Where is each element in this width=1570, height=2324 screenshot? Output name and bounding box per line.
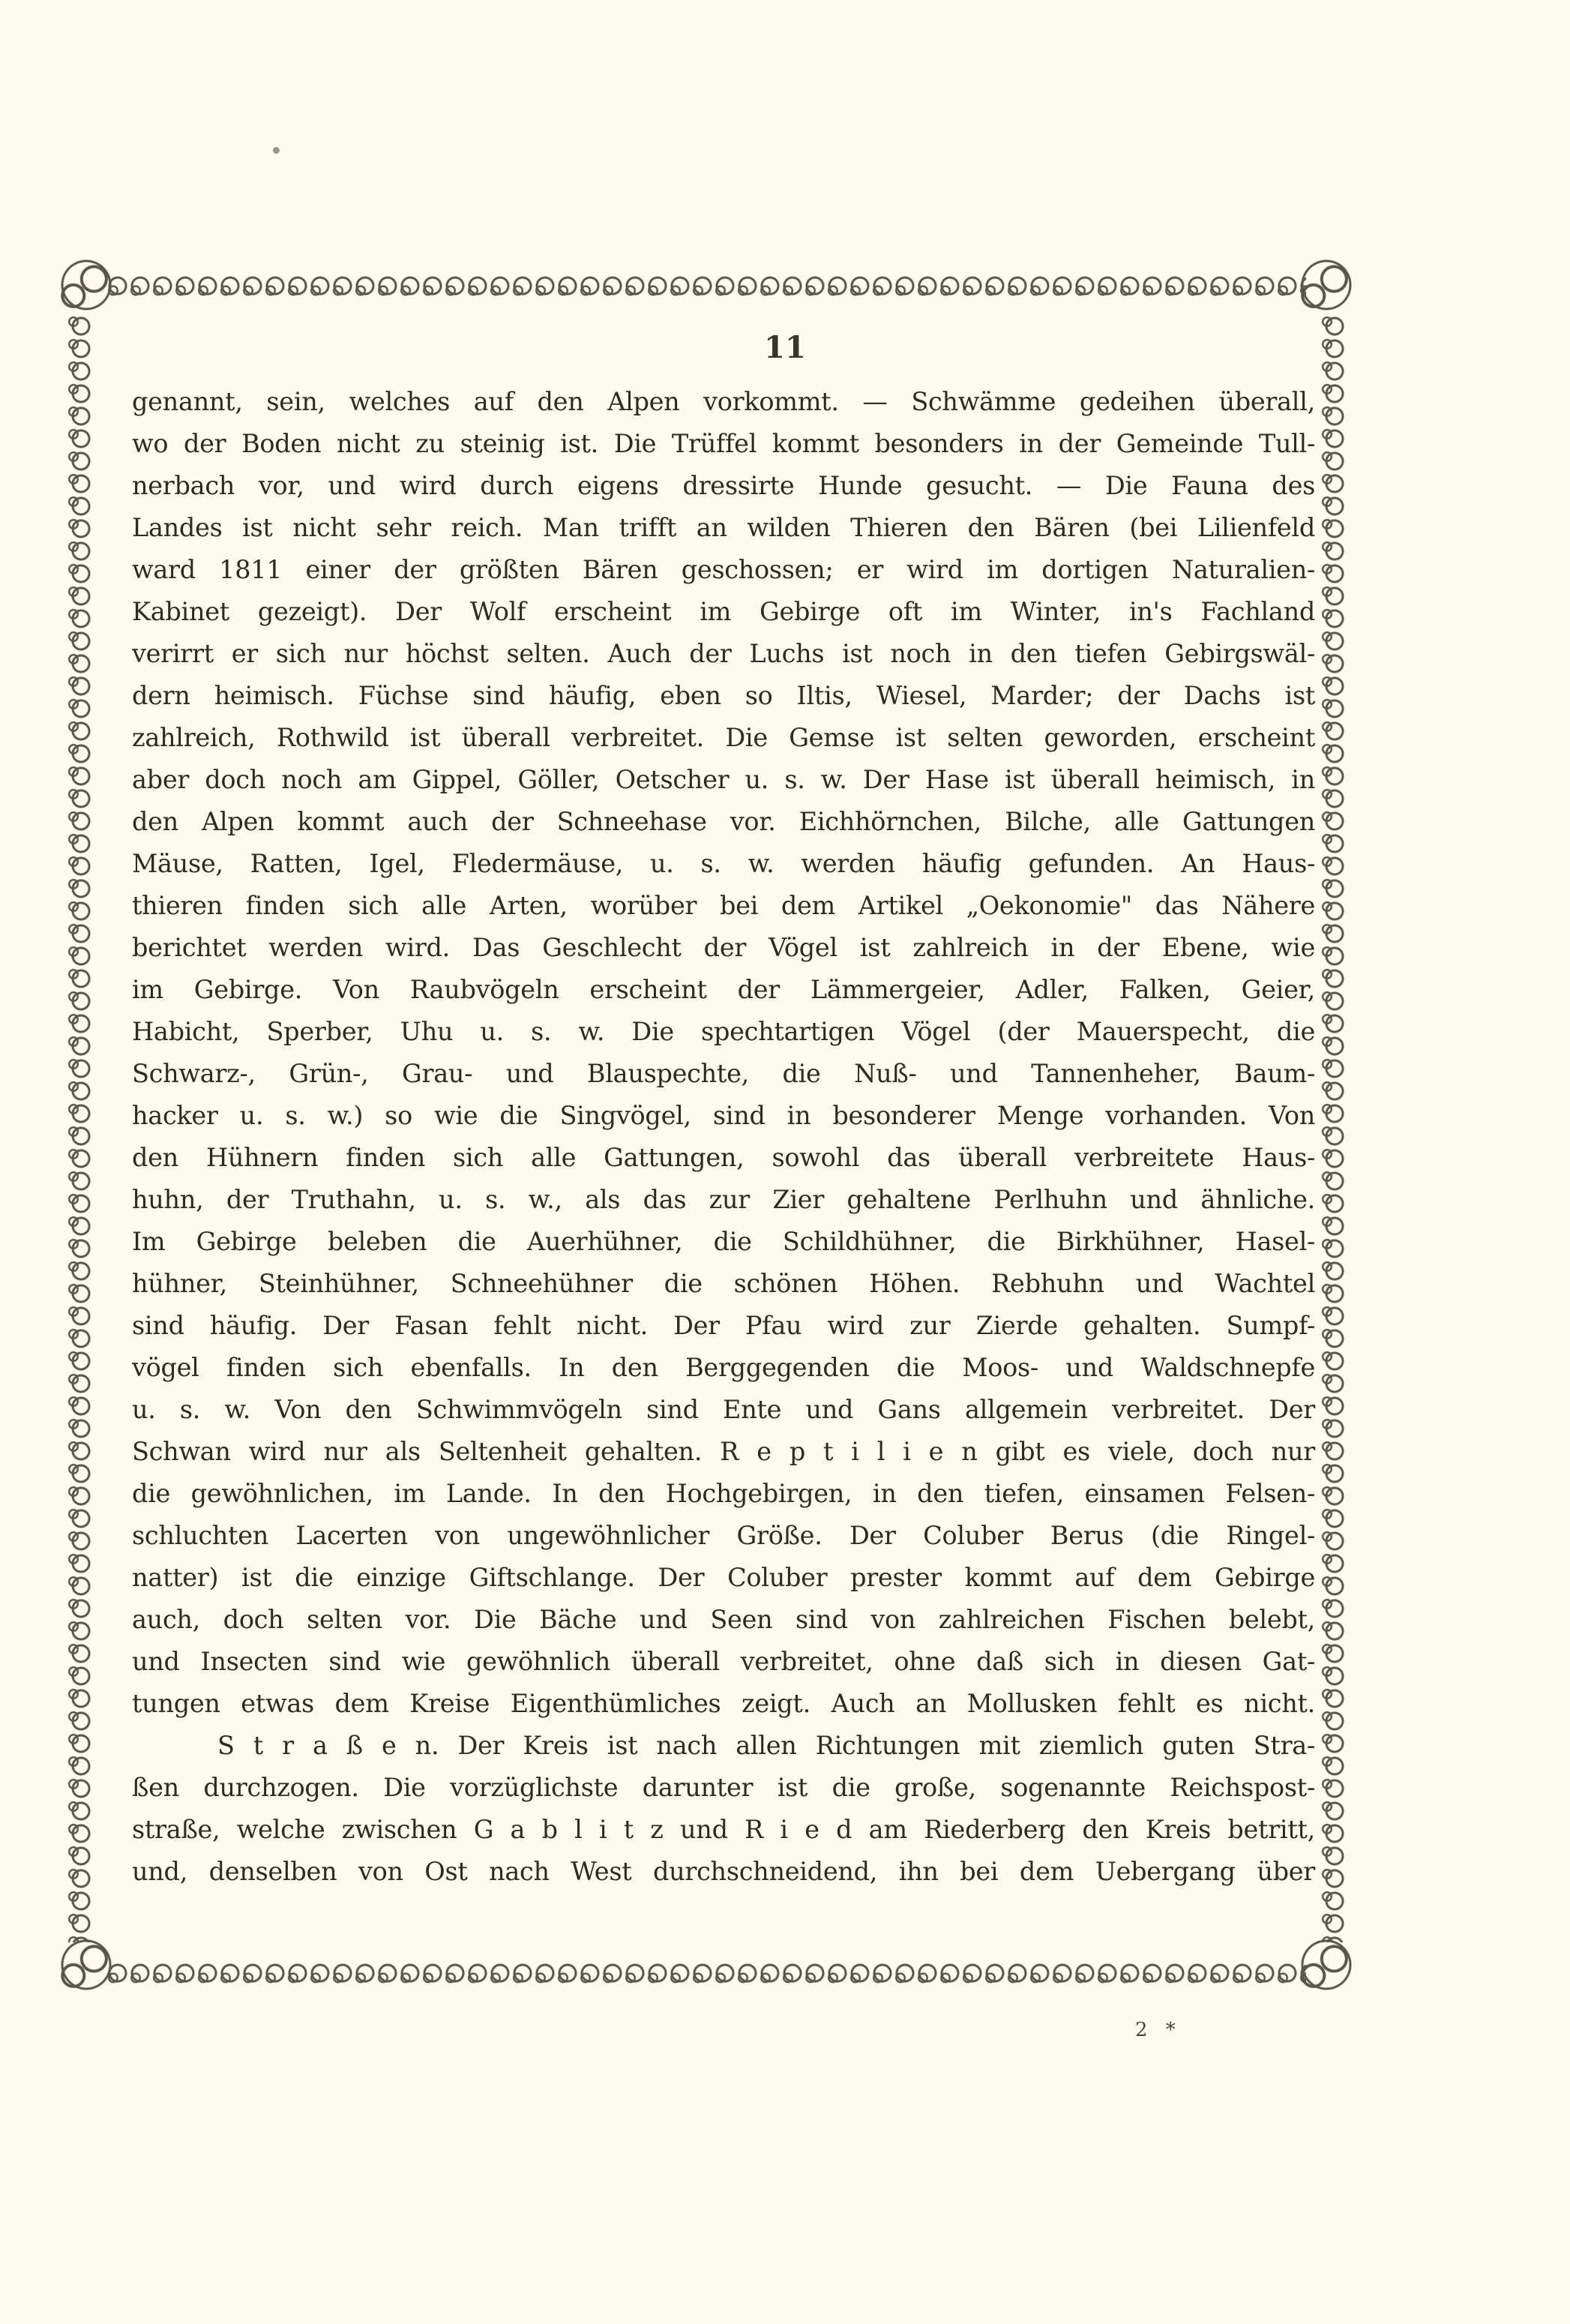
text-line: sind häufig. Der Fasan fehlt nicht. Der …: [132, 1305, 1315, 1347]
text-line: straße, welche zwischen G a b l i t z un…: [132, 1809, 1315, 1851]
text-line: hacker u. s. w.) so wie die Singvögel, s…: [132, 1095, 1315, 1137]
text-line: zahlreich, Rothwild ist überall verbreit…: [132, 717, 1315, 759]
text-line: Schwan wird nur als Seltenheit gehalten.…: [132, 1431, 1315, 1473]
signature-mark: 2 *: [1135, 2019, 1182, 2041]
text-line: vögel finden sich ebenfalls. In den Berg…: [132, 1347, 1315, 1389]
text-line: im Gebirge. Von Raubvögeln erscheint der…: [132, 969, 1315, 1011]
border-top: [106, 268, 1306, 300]
text-line: schluchten Lacerten von ungewöhnlicher G…: [132, 1515, 1315, 1557]
border-right: [1318, 315, 1348, 1942]
text-line: Habicht, Sperber, Uhu u. s. w. Die spech…: [132, 1011, 1315, 1053]
text-line: den Alpen kommt auch der Schneehase vor.…: [132, 801, 1315, 843]
page-number: 11: [0, 330, 1570, 365]
border-bottom: [106, 1956, 1306, 1987]
text-line: und Insecten sind wie gewöhnlich überall…: [132, 1641, 1315, 1683]
text-line: u. s. w. Von den Schwimmvögeln sind Ente…: [132, 1389, 1315, 1431]
text-line: ward 1811 einer der größten Bären gescho…: [132, 549, 1315, 591]
text-line: huhn, der Truthahn, u. s. w., als das zu…: [132, 1179, 1315, 1221]
text-line: thieren finden sich alle Arten, worüber …: [132, 885, 1315, 927]
text-line: Landes ist nicht sehr reich. Man trifft …: [132, 507, 1315, 549]
text-line: wo der Boden nicht zu steinig ist. Die T…: [132, 423, 1315, 465]
paper-speck: [273, 147, 280, 154]
text-line: verirrt er sich nur höchst selten. Auch …: [132, 633, 1315, 675]
text-line: hühner, Steinhühner, Schneehühner die sc…: [132, 1263, 1315, 1305]
text-line: tungen etwas dem Kreise Eigenthümliches …: [132, 1683, 1315, 1725]
text-line: nerbach vor, und wird durch eigens dress…: [132, 465, 1315, 507]
text-line: die gewöhnlichen, im Lande. In den Hochg…: [132, 1473, 1315, 1515]
body-text: genannt, sein, welches auf den Alpen vor…: [132, 381, 1315, 1893]
text-line: Im Gebirge beleben die Auerhühner, die S…: [132, 1221, 1315, 1263]
text-line: dern heimisch. Füchse sind häufig, eben …: [132, 675, 1315, 717]
text-line: und, denselben von Ost nach West durchsc…: [132, 1851, 1315, 1893]
text-line: den Hühnern finden sich alle Gattungen, …: [132, 1137, 1315, 1179]
text-line: berichtet werden wird. Das Geschlecht de…: [132, 927, 1315, 969]
text-line: natter) ist die einzige Giftschlange. De…: [132, 1557, 1315, 1599]
text-line: ßen durchzogen. Die vorzüglichste darunt…: [132, 1767, 1315, 1809]
text-line: S t r a ß e n. Der Kreis ist nach allen …: [132, 1725, 1315, 1767]
text-line: Kabinet gezeigt). Der Wolf erscheint im …: [132, 591, 1315, 633]
text-line: genannt, sein, welches auf den Alpen vor…: [132, 381, 1315, 423]
text-line: aber doch noch am Gippel, Göller, Oetsch…: [132, 759, 1315, 801]
text-line: Mäuse, Ratten, Igel, Fledermäuse, u. s. …: [132, 843, 1315, 885]
border-left: [64, 315, 94, 1942]
text-line: auch, doch selten vor. Die Bäche und See…: [132, 1599, 1315, 1641]
text-line: Schwarz-, Grün-, Grau- und Blauspechte, …: [132, 1053, 1315, 1095]
